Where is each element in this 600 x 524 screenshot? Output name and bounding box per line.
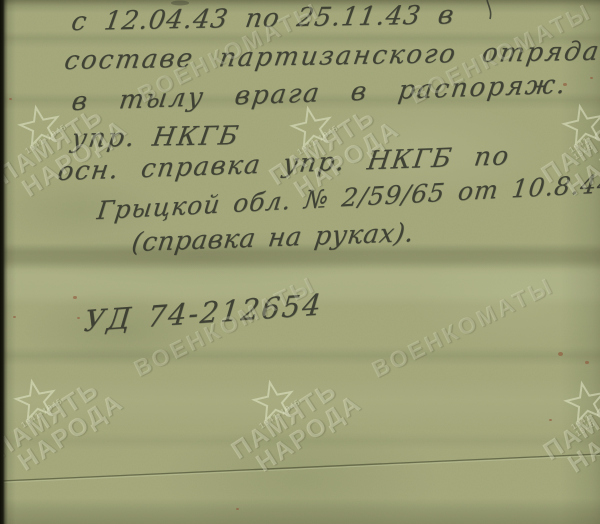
document-scan: с 12.04.43 по 25.11.43 в составе партиза… <box>0 0 600 524</box>
scan-grain <box>0 0 600 524</box>
